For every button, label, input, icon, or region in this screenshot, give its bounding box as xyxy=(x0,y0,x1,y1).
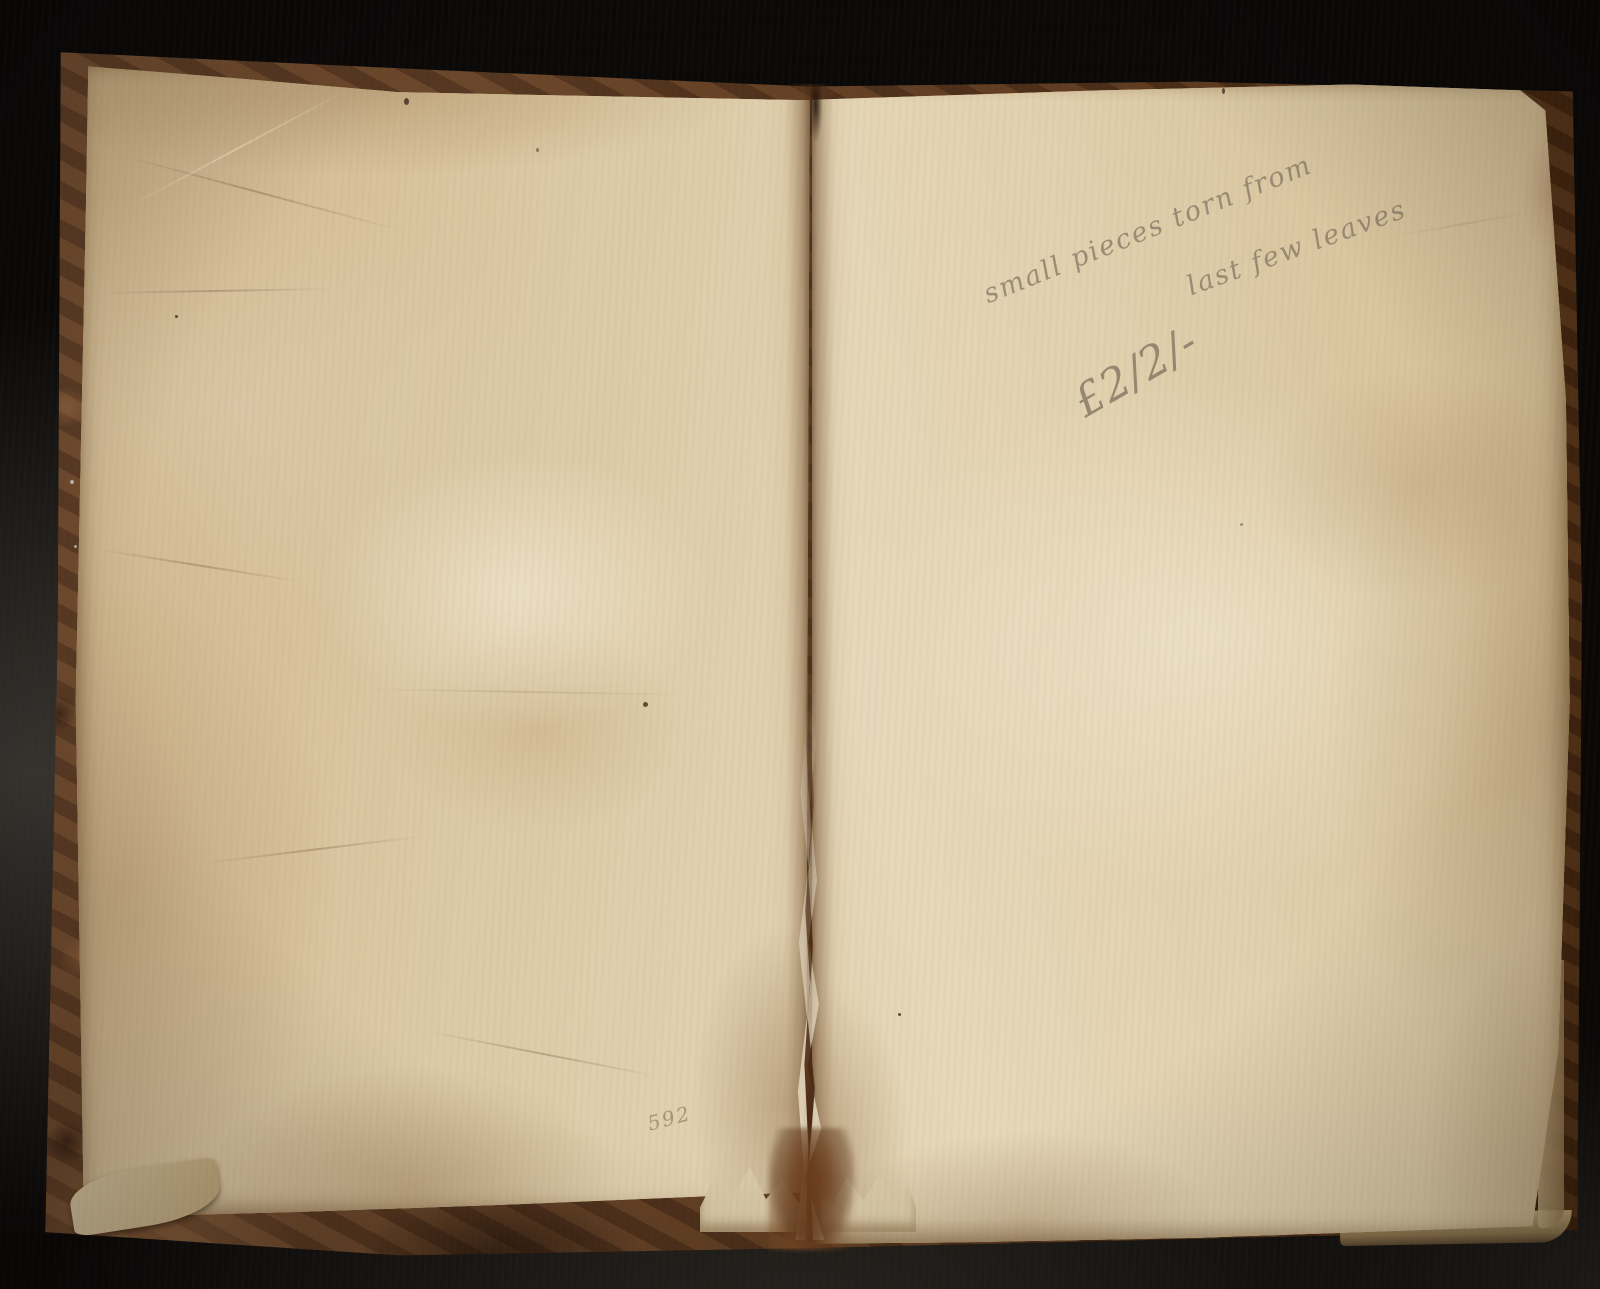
leather-wear-speck xyxy=(74,545,77,548)
right-endpaper-page xyxy=(810,74,1572,1246)
paper-speck xyxy=(643,702,648,707)
paper-speck xyxy=(404,98,409,105)
left-endpaper-page xyxy=(72,56,812,1220)
paper-speck xyxy=(1240,523,1243,526)
paper-speck xyxy=(1222,88,1225,94)
paper-speck xyxy=(175,315,178,318)
photo-open-antique-book: small pieces torn from last few leaves £… xyxy=(0,0,1600,1289)
gutter-bottom-damage xyxy=(768,1128,856,1250)
leather-wear-speck xyxy=(70,480,74,484)
paper-speck xyxy=(536,148,539,152)
paper-speck xyxy=(898,1013,901,1016)
